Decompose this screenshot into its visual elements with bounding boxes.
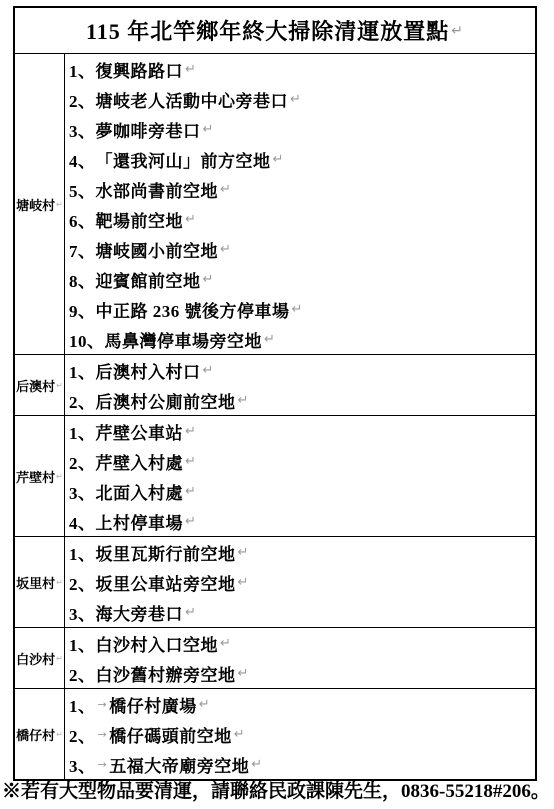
cell-end-mark-icon: ↵ (56, 381, 63, 390)
village-rows-container: 塘岐村↵ 1、復興路路口↵ 2、塘岐老人活動中心旁巷口↵ 3、夢咖啡旁巷口↵ 4… (15, 53, 535, 779)
item-text: 迎賓館前空地 (96, 267, 201, 292)
item-number: 1、 (69, 419, 96, 444)
cell-end-mark-icon: ↵ (56, 200, 63, 209)
item-text: 芹壁公車站 (96, 419, 184, 444)
item-number: 9、 (69, 297, 96, 322)
village-name: 坂里村 (16, 573, 55, 592)
item-number: 1、 (69, 358, 96, 383)
paragraph-mark-icon: ↵ (238, 545, 249, 560)
location-item: 2、→橋仔碼頭前空地↵ (69, 719, 535, 749)
location-item: 4、上村停車場↵ (69, 506, 535, 536)
paragraph-mark-icon: ↵ (251, 757, 262, 772)
item-text: 橋仔碼頭前空地 (109, 722, 232, 747)
paragraph-mark-icon: ↵ (292, 302, 303, 317)
village-name-cell: 橋仔村↵ (15, 689, 65, 779)
village-row: 橋仔村↵ 1、→橋仔村廣場↵ 2、→橋仔碼頭前空地↵ 3、→五福大帝廟旁空地↵ (15, 688, 535, 779)
item-number: 5、 (69, 177, 96, 202)
item-text: 后澳村入村口 (96, 358, 201, 383)
placement-table: 115 年北竿鄉年終大掃除清運放置點↵ 塘岐村↵ 1、復興路路口↵ 2、塘岐老人… (13, 6, 537, 781)
item-number: 7、 (69, 237, 96, 262)
item-number: 2、 (69, 722, 96, 747)
item-text: 「還我河山」前方空地 (96, 147, 271, 172)
tab-mark-icon: → (98, 758, 108, 771)
location-item: 1、白沙村入口空地↵ (69, 628, 535, 658)
village-row: 芹壁村↵ 1、芹壁公車站↵ 2、芹壁入村處↵ 3、北面入村處↵ 4、上村停車場↵ (15, 415, 535, 536)
item-number: 1、 (69, 57, 96, 82)
item-text: 中正路 236 號後方停車場 (96, 297, 290, 322)
item-text: 復興路路口 (96, 57, 184, 82)
paragraph-mark-icon: ↵ (264, 332, 275, 347)
village-name-cell: 后澳村↵ (15, 355, 65, 415)
paragraph-mark-icon: ↵ (203, 272, 214, 287)
village-items-cell: 1、后澳村入村口↵ 2、后澳村公廁前空地↵ (65, 355, 535, 415)
location-item: 3、北面入村處↵ (69, 476, 535, 506)
item-text: 海大旁巷口 (96, 600, 184, 625)
paragraph-mark-icon: ↵ (185, 212, 196, 227)
location-item: 8、迎賓館前空地↵ (69, 264, 535, 294)
village-items-cell: 1、坂里瓦斯行前空地↵ 2、坂里公車站旁空地↵ 3、海大旁巷口↵ (65, 537, 535, 627)
village-items-cell: 1、→橋仔村廣場↵ 2、→橋仔碼頭前空地↵ 3、→五福大帝廟旁空地↵ (65, 689, 535, 779)
village-name-cell: 白沙村↵ (15, 628, 65, 688)
location-item: 4、「還我河山」前方空地↵ (69, 144, 535, 174)
item-number: 3、 (69, 600, 96, 625)
paragraph-mark-icon: ↵ (185, 62, 196, 77)
item-number: 2、 (69, 388, 96, 413)
item-text: 坂里瓦斯行前空地 (96, 540, 236, 565)
location-item: 2、后澳村公廁前空地↵ (69, 385, 535, 415)
paragraph-mark-icon: ↵ (185, 424, 196, 439)
village-name: 塘岐村 (16, 195, 55, 214)
tab-mark-icon: → (98, 698, 108, 711)
item-text: 塘岐國小前空地 (96, 237, 219, 262)
cell-end-mark-icon: ↵ (56, 578, 63, 587)
location-item: 5、水部尚書前空地↵ (69, 174, 535, 204)
item-text: 靶場前空地 (96, 207, 184, 232)
paragraph-mark-icon: ↵ (220, 636, 231, 651)
paragraph-mark-icon: ↵ (185, 484, 196, 499)
paragraph-mark-icon: ↵ (185, 605, 196, 620)
item-number: 1、 (69, 540, 96, 565)
item-number: 10、 (69, 327, 105, 352)
village-name-cell: 塘岐村↵ (15, 54, 65, 354)
cell-end-mark-icon: ↵ (56, 654, 63, 663)
item-number: 4、 (69, 147, 96, 172)
document-page: 115 年北竿鄉年終大掃除清運放置點↵ 塘岐村↵ 1、復興路路口↵ 2、塘岐老人… (0, 0, 554, 809)
item-number: 2、 (69, 570, 96, 595)
tab-mark-icon: → (98, 728, 108, 741)
village-name-cell: 坂里村↵ (15, 537, 65, 627)
item-number: 2、 (69, 87, 96, 112)
location-item: 7、塘岐國小前空地↵ (69, 234, 535, 264)
location-item: 1、后澳村入村口↵ (69, 355, 535, 385)
footer-note: ※若有大型物品要清運，請聯絡民政課陳先生，0836-55218#206。 (2, 776, 554, 803)
item-text: 坂里公車站旁空地 (96, 570, 236, 595)
paragraph-mark-icon: ↵ (451, 23, 464, 39)
village-items-cell: 1、復興路路口↵ 2、塘岐老人活動中心旁巷口↵ 3、夢咖啡旁巷口↵ 4、「還我河… (65, 54, 535, 354)
village-row: 坂里村↵ 1、坂里瓦斯行前空地↵ 2、坂里公車站旁空地↵ 3、海大旁巷口↵ (15, 536, 535, 627)
paragraph-mark-icon: ↵ (185, 514, 196, 529)
item-number: 8、 (69, 267, 96, 292)
item-text: 水部尚書前空地 (96, 177, 219, 202)
item-number: 3、 (69, 479, 96, 504)
location-item: 10、馬鼻灣停車場旁空地↵ (69, 324, 535, 354)
paragraph-mark-icon: ↵ (199, 697, 210, 712)
page-title: 115 年北竿鄉年終大掃除清運放置點 (86, 15, 449, 46)
location-item: 6、靶場前空地↵ (69, 204, 535, 234)
location-item: 2、白沙舊村辦旁空地↵ (69, 658, 535, 688)
paragraph-mark-icon: ↵ (203, 122, 214, 137)
item-text: 白沙舊村辦旁空地 (96, 661, 236, 686)
item-text: 后澳村公廁前空地 (96, 388, 236, 413)
location-item: 2、坂里公車站旁空地↵ (69, 567, 535, 597)
location-item: 1、→橋仔村廣場↵ (69, 689, 535, 719)
item-text: 塘岐老人活動中心旁巷口 (96, 87, 289, 112)
item-text: 芹壁入村處 (96, 449, 184, 474)
location-item: 9、中正路 236 號後方停車場↵ (69, 294, 535, 324)
village-row: 后澳村↵ 1、后澳村入村口↵ 2、后澳村公廁前空地↵ (15, 354, 535, 415)
item-text: 橋仔村廣場 (109, 692, 197, 717)
location-item: 3、→五福大帝廟旁空地↵ (69, 749, 535, 779)
item-text: 馬鼻灣停車場旁空地 (105, 327, 263, 352)
location-item: 2、芹壁入村處↵ (69, 446, 535, 476)
item-number: 2、 (69, 661, 96, 686)
item-text: 五福大帝廟旁空地 (109, 752, 249, 777)
paragraph-mark-icon: ↵ (238, 666, 249, 681)
village-row: 白沙村↵ 1、白沙村入口空地↵ 2、白沙舊村辦旁空地↵ (15, 627, 535, 688)
paragraph-mark-icon: ↵ (273, 152, 284, 167)
item-text: 夢咖啡旁巷口 (96, 117, 201, 142)
item-number: 3、 (69, 117, 96, 142)
cell-end-mark-icon: ↵ (56, 472, 63, 481)
item-number: 6、 (69, 207, 96, 232)
paragraph-mark-icon: ↵ (203, 363, 214, 378)
paragraph-mark-icon: ↵ (234, 727, 245, 742)
village-name: 芹壁村 (16, 467, 55, 486)
village-name: 橋仔村 (16, 725, 55, 744)
village-items-cell: 1、白沙村入口空地↵ 2、白沙舊村辦旁空地↵ (65, 628, 535, 688)
location-item: 3、海大旁巷口↵ (69, 597, 535, 627)
paragraph-mark-icon: ↵ (185, 454, 196, 469)
paragraph-mark-icon: ↵ (290, 92, 301, 107)
item-text: 上村停車場 (96, 509, 184, 534)
item-text: 北面入村處 (96, 479, 184, 504)
paragraph-mark-icon: ↵ (220, 182, 231, 197)
item-text: 白沙村入口空地 (96, 631, 219, 656)
item-number: 3、 (69, 752, 96, 777)
village-name: 白沙村 (16, 649, 55, 668)
village-items-cell: 1、芹壁公車站↵ 2、芹壁入村處↵ 3、北面入村處↵ 4、上村停車場↵ (65, 416, 535, 536)
location-item: 3、夢咖啡旁巷口↵ (69, 114, 535, 144)
table-title-row: 115 年北竿鄉年終大掃除清運放置點↵ (15, 8, 535, 53)
paragraph-mark-icon: ↵ (238, 393, 249, 408)
location-item: 1、坂里瓦斯行前空地↵ (69, 537, 535, 567)
location-item: 2、塘岐老人活動中心旁巷口↵ (69, 84, 535, 114)
location-item: 1、芹壁公車站↵ (69, 416, 535, 446)
item-number: 1、 (69, 631, 96, 656)
paragraph-mark-icon: ↵ (220, 242, 231, 257)
item-number: 4、 (69, 509, 96, 534)
paragraph-mark-icon: ↵ (238, 575, 249, 590)
village-row: 塘岐村↵ 1、復興路路口↵ 2、塘岐老人活動中心旁巷口↵ 3、夢咖啡旁巷口↵ 4… (15, 53, 535, 354)
village-name-cell: 芹壁村↵ (15, 416, 65, 536)
village-name: 后澳村 (16, 376, 55, 395)
location-item: 1、復興路路口↵ (69, 54, 535, 84)
cell-end-mark-icon: ↵ (56, 730, 63, 739)
item-number: 1、 (69, 692, 96, 717)
item-number: 2、 (69, 449, 96, 474)
